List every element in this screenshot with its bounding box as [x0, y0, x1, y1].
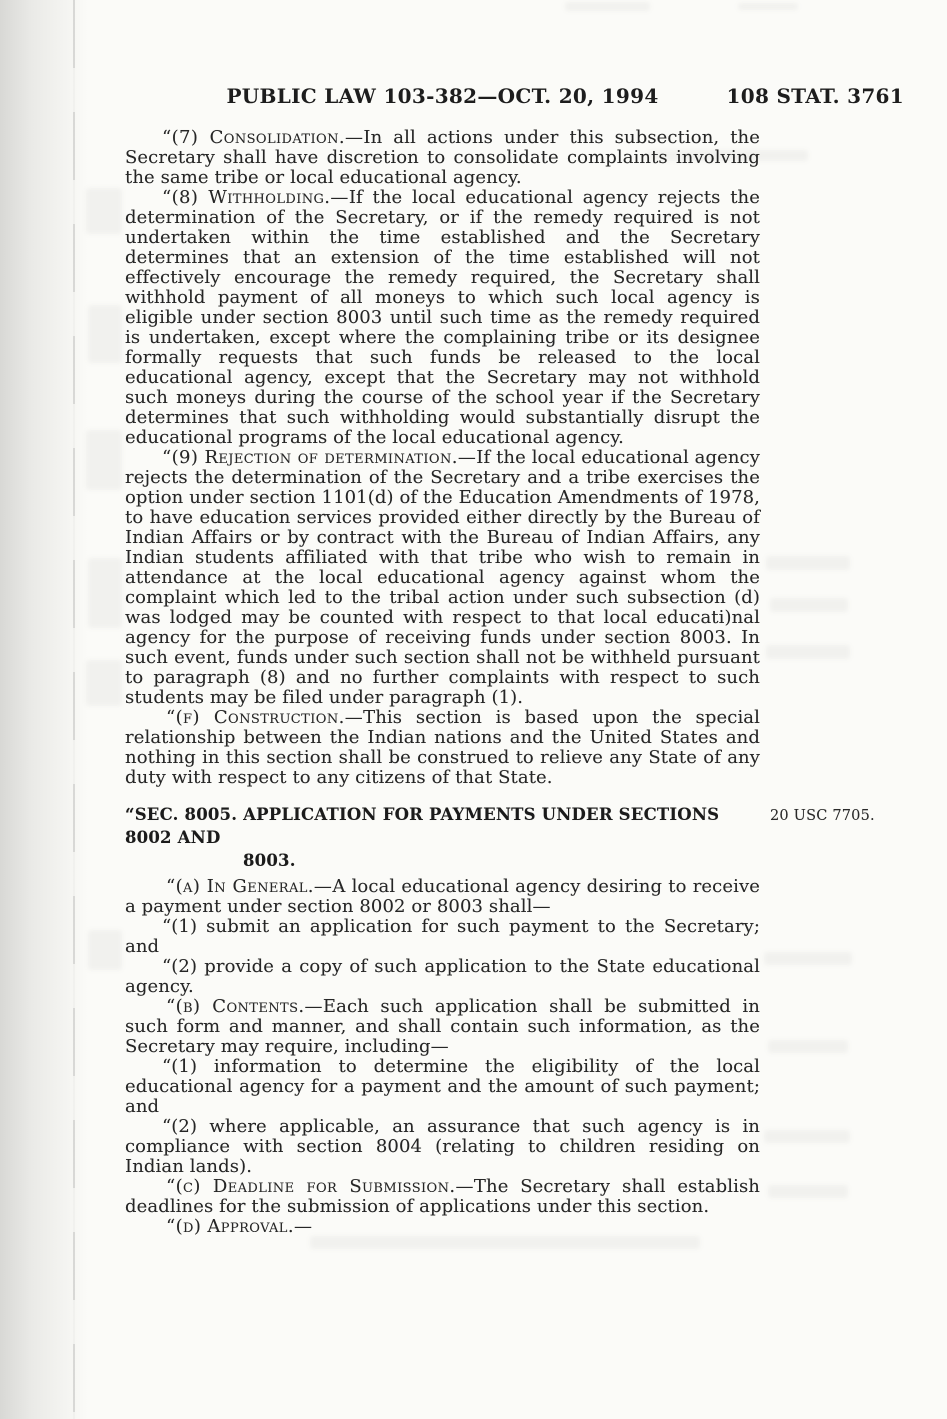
paragraph-8-label: “(8) Withholding.—: [162, 187, 349, 208]
scan-artifact: [766, 645, 850, 659]
scan-artifact: [764, 1130, 850, 1143]
statute-subsection-a-item-2: “(2) provide a copy of such application …: [125, 957, 760, 997]
subsection-b-item-2-text: “(2) where applicable, an assurance that…: [125, 1116, 760, 1177]
statute-text-column: “(7) Consolidation.—In all actions under…: [125, 128, 760, 1237]
subsection-a-label: “(a) In General.—: [166, 876, 332, 897]
paragraph-9-label: “(9) Rejection of determination.—: [162, 447, 476, 468]
section-heading-line2: 8003.: [243, 849, 760, 872]
subsection-f-label: “(f) Construction.—: [166, 707, 363, 728]
statute-subsection-b-item-1: “(1) information to determine the eligib…: [125, 1057, 760, 1117]
section-heading-8005: “SEC. 8005. APPLICATION FOR PAYMENTS UND…: [125, 803, 760, 872]
statute-page-scan: PUBLIC LAW 103-382—OCT. 20, 1994 108 STA…: [0, 0, 947, 1419]
scan-artifact: [768, 1185, 848, 1198]
scan-artifact: [768, 1040, 848, 1053]
paragraph-7-label: “(7) Consolidation.—: [162, 127, 363, 148]
page-fold-line: [73, 0, 75, 1419]
scan-artifact: [766, 556, 850, 570]
statute-subsection-f: “(f) Construction.—This section is based…: [125, 708, 760, 788]
scan-artifact: [565, 2, 650, 11]
running-head-stat-number: 108 STAT. 3761: [727, 84, 904, 108]
statute-subsection-d: “(d) Approval.—: [125, 1217, 760, 1237]
scan-artifact: [764, 952, 852, 965]
paragraph-9-text: If the local educational agency rejects …: [125, 447, 760, 708]
scan-artifact: [310, 1236, 700, 1249]
subsection-b-label: “(b) Contents.—: [166, 996, 323, 1017]
running-head-title: PUBLIC LAW 103-382—OCT. 20, 1994: [125, 84, 760, 108]
usc-margin-note: 20 USC 7705.: [770, 805, 875, 828]
subsection-a-item-2-text: “(2) provide a copy of such application …: [125, 956, 760, 997]
scan-artifact: [86, 660, 122, 706]
scan-edge-shadow: [0, 0, 95, 1419]
scan-artifact: [86, 188, 122, 234]
scan-artifact: [738, 3, 798, 10]
statute-subsection-a-item-1: “(1) submit an application for such paym…: [125, 917, 760, 957]
subsection-b-item-1-text: “(1) information to determine the eligib…: [125, 1056, 760, 1117]
statute-subsection-b-item-2: “(2) where applicable, an assurance that…: [125, 1117, 760, 1177]
statute-subsection-b: “(b) Contents.—Each such application sha…: [125, 997, 760, 1057]
statute-paragraph-8: “(8) Withholding.—If the local education…: [125, 188, 760, 448]
scan-artifact: [86, 430, 122, 490]
scan-artifact: [770, 598, 848, 612]
statute-subsection-a: “(a) In General.—A local educational age…: [125, 877, 760, 917]
subsection-c-label: “(c) Deadline for Submission.—: [166, 1176, 474, 1197]
scan-artifact: [88, 558, 122, 628]
statute-subsection-c: “(c) Deadline for Submission.—The Secret…: [125, 1177, 760, 1217]
scan-artifact: [88, 930, 122, 970]
paragraph-8-text: If the local educational agency rejects …: [125, 187, 760, 448]
statute-paragraph-7: “(7) Consolidation.—In all actions under…: [125, 128, 760, 188]
subsection-a-item-1-text: “(1) submit an application for such paym…: [125, 916, 760, 957]
subsection-d-label: “(d) Approval.—: [166, 1216, 312, 1237]
scan-artifact: [88, 305, 122, 363]
statute-paragraph-9: “(9) Rejection of determination.—If the …: [125, 448, 760, 708]
section-heading-line1: “SEC. 8005. APPLICATION FOR PAYMENTS UND…: [125, 803, 760, 849]
